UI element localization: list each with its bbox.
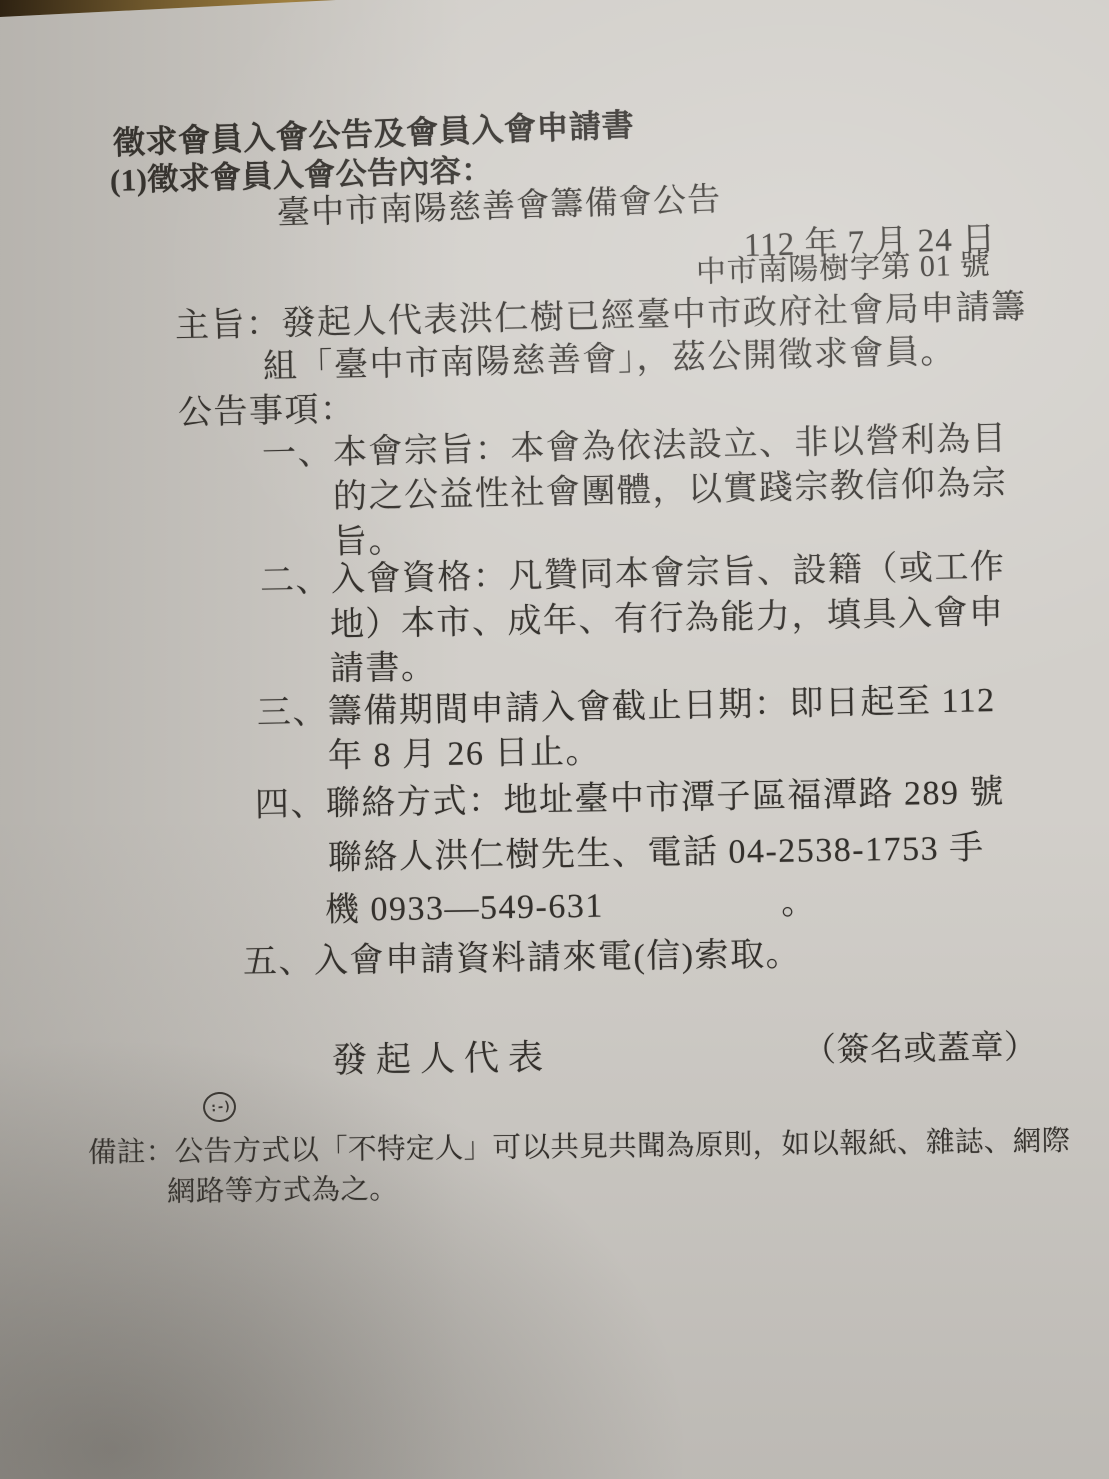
item5-line1: 五、入會申請資料請來電(信)索取。	[243, 936, 802, 982]
photo-of-document: 徵求會員入會公告及會員入會申請書 (1)徵求會員入會公告內容： 臺中市南陽慈善會…	[0, 0, 1109, 1479]
item1-line1: 一、本會宗旨：本會為依法設立、非以營利為目	[262, 420, 1008, 474]
item1-line3: 旨。	[333, 523, 405, 563]
signature-stamp-hint: （簽名或蓋章）	[803, 1030, 1038, 1070]
note-line-2: 網路等方式為之。	[167, 1174, 399, 1209]
item4-line1: 四、聯絡方式：地址臺中市潭子區福潭路 289 號	[255, 774, 1006, 825]
paper-sheet: 徵求會員入會公告及會員入會申請書 (1)徵求會員入會公告內容： 臺中市南陽慈善會…	[0, 0, 1109, 1479]
announcement-items-header: 公告事項：	[178, 391, 356, 433]
item2-line3: 請書。	[330, 649, 437, 689]
doc-title: 徵求會員入會公告及會員入會申請書	[112, 108, 635, 162]
item2-line2: 地）本市、成年、有行為能力，填具入會申	[330, 594, 1005, 645]
signature-label: 發起人代表	[332, 1038, 553, 1080]
item4-line3: 機 0933—549-631 。	[325, 884, 817, 930]
item1-line2: 的之公益性社會團體，以實踐宗教信仰為宗	[333, 465, 1008, 517]
item4-line2: 聯絡人洪仁樹先生、電話 04-2538-1753 手	[328, 830, 985, 878]
smiley-face-icon: :-)	[202, 1091, 237, 1123]
doc-number: 中市南陽樹字第 01 號	[696, 248, 991, 289]
note-line-1: 備註：公告方式以「不特定人」可以共見共聞為原則，如以報紙、雜誌、網際	[88, 1126, 1071, 1170]
item3-line1: 三、籌備期間申請入會截止日期：即日起至 112	[257, 682, 996, 733]
item3-line2: 年 8 月 26 日止。	[328, 733, 602, 776]
